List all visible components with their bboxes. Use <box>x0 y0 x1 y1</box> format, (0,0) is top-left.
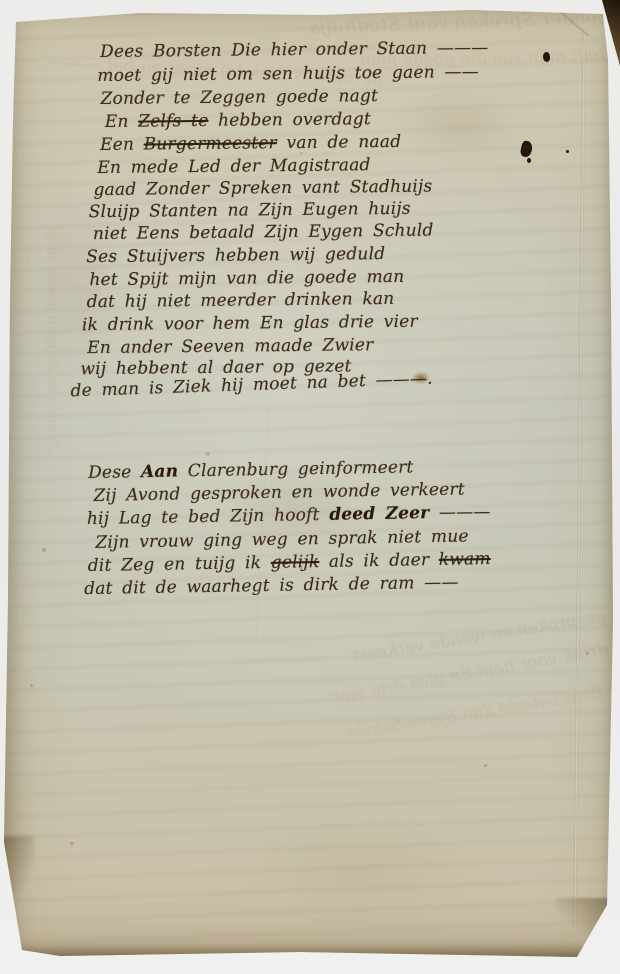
line-segment: Aan <box>141 461 179 482</box>
bottom-right-corner-fold <box>556 898 612 960</box>
paper-sheet: gaad Zonder Spreken vant Stadhuijs het S… <box>0 0 620 974</box>
manuscript-line: Zijn vrouw ging weg en sprak niet mue <box>95 526 469 553</box>
manuscript-line: dit Zeg en tuijg ik gelijk als ik daer k… <box>88 549 491 576</box>
line-segment: dat dit de waarhegt is dirk de ram —— <box>84 573 459 600</box>
line-segment: als ik daer <box>319 550 439 572</box>
manuscript-line: hij Lag te bed Zijn hooft deed Zeer ——— <box>87 502 491 529</box>
manuscript-line: Zij Avond gesproken en wonde verkeert <box>93 479 465 505</box>
scan-background: gaad Zonder Spreken vant Stadhuijs het S… <box>0 0 620 974</box>
line-segment: gelijk <box>271 552 320 573</box>
bottom-left-corner-fold <box>0 836 34 958</box>
poem-stanza-2: Dese Aan Clarenburg geinformeert Zij Avo… <box>0 0 620 974</box>
line-segment: dit Zeg en tuijg ik <box>88 553 271 576</box>
worn-bottom-edge <box>0 944 620 960</box>
manuscript-line: Dese Aan Clarenburg geinformeert <box>88 457 414 483</box>
line-segment: deed Zeer <box>329 503 429 525</box>
line-segment: Zijn vrouw ging weg en sprak niet mue <box>95 526 469 553</box>
line-segment: ——— <box>429 502 491 523</box>
line-segment: Dese <box>88 462 141 483</box>
line-segment: kwam <box>439 549 491 570</box>
line-segment: Zij Avond gesproken en wonde verkeert <box>93 479 465 505</box>
manuscript-line: dat dit de waarhegt is dirk de ram —— <box>84 573 459 600</box>
line-segment: hij Lag te bed Zijn hooft <box>87 505 330 529</box>
line-segment: Clarenburg geinformeert <box>178 457 414 481</box>
